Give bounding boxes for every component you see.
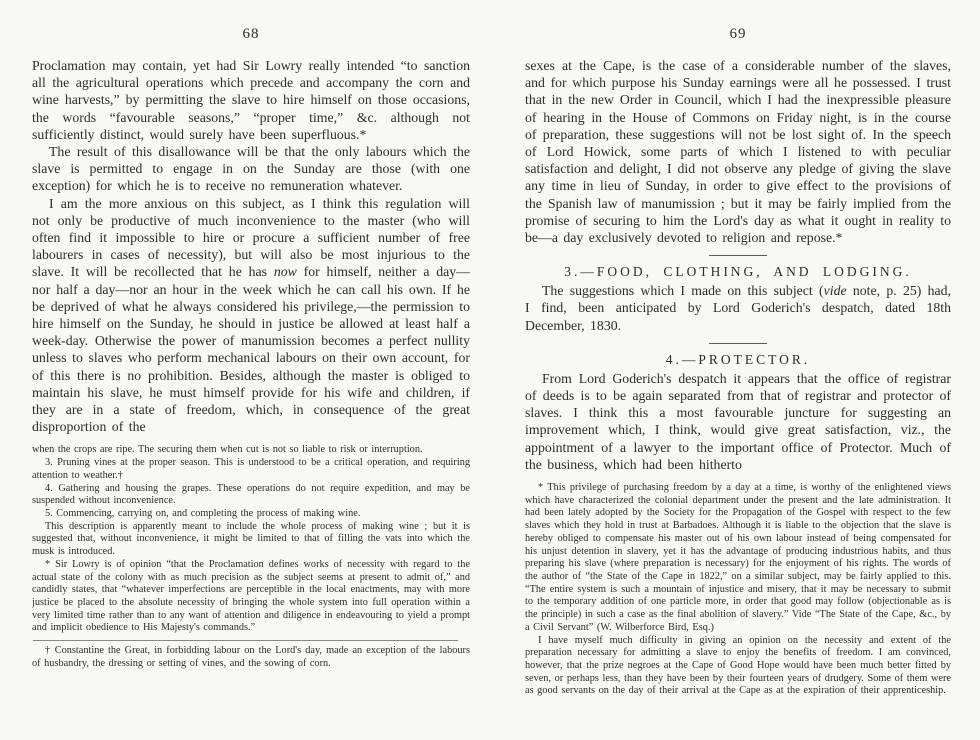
- section-divider-rule: [709, 343, 767, 344]
- paragraph: The result of this disallowance will be …: [32, 143, 470, 195]
- bottom-note: † Constantine the Great, in forbidding l…: [32, 645, 470, 670]
- page-left: 68 Proclamation may contain, yet had Sir…: [32, 0, 470, 740]
- footnote: * This privilege of purchasing freedom b…: [525, 482, 951, 634]
- footnote: 4. Gathering and housing the grapes. The…: [32, 483, 470, 508]
- page-number-left: 68: [32, 26, 470, 43]
- footnote: I have myself much difficulty in giving …: [525, 635, 951, 699]
- paragraph: The suggestions which I made on this sub…: [525, 282, 951, 334]
- footnote: 3. Pruning vines at the proper season. T…: [32, 457, 470, 482]
- right-main-text: sexes at the Cape, is the case of a cons…: [525, 57, 951, 473]
- page-right: 69 sexes at the Cape, is the case of a c…: [525, 0, 951, 740]
- italic-word: vide: [824, 283, 847, 298]
- section-heading-protector: 4.—PROTECTOR.: [525, 352, 951, 368]
- book-spread: 68 Proclamation may contain, yet had Sir…: [0, 0, 980, 740]
- section-heading-food: 3.—FOOD, CLOTHING, AND LODGING.: [525, 264, 951, 280]
- right-footnotes: * This privilege of purchasing freedom b…: [525, 482, 951, 698]
- paragraph-text: The suggestions which I made on this sub…: [542, 283, 824, 298]
- left-main-text: Proclamation may contain, yet had Sir Lo…: [32, 57, 470, 435]
- page-number-right: 69: [525, 26, 951, 43]
- paragraph: I am the more anxious on this subject, a…: [32, 195, 470, 436]
- paragraph: Proclamation may contain, yet had Sir Lo…: [32, 57, 470, 143]
- paragraph: From Lord Goderich's despatch it appears…: [525, 370, 951, 473]
- footnote-separator-rule: [33, 640, 458, 641]
- footnote: when the crops are ripe. The securing th…: [32, 444, 470, 457]
- footnote: * Sir Lowry is of opinion “that the Proc…: [32, 559, 470, 635]
- footnote: 5. Commencing, carrying on, and completi…: [32, 508, 470, 521]
- paragraph: sexes at the Cape, is the case of a cons…: [525, 57, 951, 246]
- footnote: This description is apparently meant to …: [32, 521, 470, 559]
- italic-word: now: [274, 264, 297, 279]
- section-divider-rule: [709, 255, 767, 256]
- left-footnotes: when the crops are ripe. The securing th…: [32, 444, 470, 670]
- paragraph-text: for himself, neither a day—nor half a da…: [32, 264, 470, 434]
